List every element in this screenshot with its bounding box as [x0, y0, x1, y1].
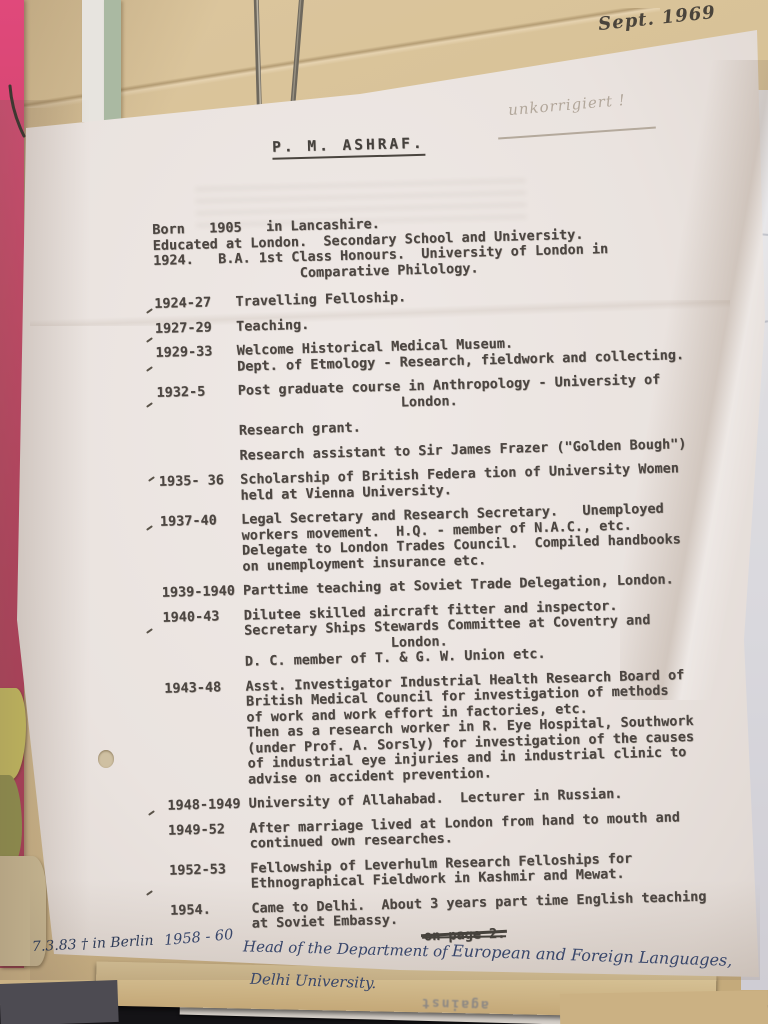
hole-punch: [98, 750, 114, 768]
cv-entry: 1943-48 Asst. Investigator Industrial He…: [164, 665, 768, 789]
cv-entry: 1932-5 Post graduate course in Anthropol…: [156, 370, 768, 417]
cv-entry: 1929-33 Welcome Historical Medical Museu…: [155, 330, 768, 377]
cv-entry: Born 1905 in Lancashire. Educated at Lon…: [152, 207, 765, 285]
cv-entry: 1949-52 After marriage lived at London f…: [168, 807, 768, 854]
cv-entries: Born 1905 in Lancashire. Educated at Lon…: [152, 207, 768, 934]
cv-entry: 1952-53 Fellowship of Leverhulm Research…: [169, 847, 768, 894]
page-shadow: [0, 100, 120, 980]
underlying-sheet-text: against: [420, 995, 489, 1012]
cv-entry: 1935- 36 Scholarship of British Federa t…: [159, 459, 768, 506]
gray-paper-corner: [0, 980, 119, 1024]
typed-text-block: P. M. ASHRAF. Born 1905 in Lancashire. E…: [150, 126, 768, 943]
pen-slash-mark: [2, 82, 42, 152]
page-title: P. M. ASHRAF.: [272, 136, 425, 160]
cv-entry: 1937-40 Legal Secretary and Research Sec…: [160, 499, 768, 577]
photograph-of-document: against Sept. 1969 unkorrigiert ! P. M. …: [0, 0, 768, 1024]
cv-entry: 1940-43 Dilutee skilled aircraft fitter …: [162, 594, 768, 672]
folder-bottom-edge: [560, 990, 768, 1024]
